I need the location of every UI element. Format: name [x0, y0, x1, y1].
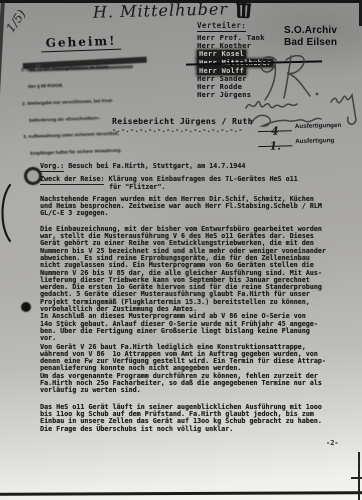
distribution-name-highlighted: Herr Kosel	[197, 50, 246, 58]
scan-edge-left	[0, 0, 5, 116]
subject-text: Besuch bei Fa.Hirth, Stuttgart, am 14.7.…	[64, 162, 245, 170]
distribution-name-highlighted: Herr Wolff	[197, 67, 246, 75]
copies-count-row: 4 Ausfertigungen	[258, 118, 342, 132]
archive-stamp-line1: S.O.Archiv	[284, 25, 337, 37]
geheim-stamp-title: Geheim!	[40, 34, 121, 53]
stamp-line: Empfänger haftet für sichere Verwahrung.	[24, 147, 146, 157]
handwritten-copy-number: 1.	[269, 139, 281, 152]
page-number: -2-	[326, 439, 339, 447]
purpose-label: Zweck der Reise:	[40, 175, 104, 185]
stamp-line: des § 88 RStGB.	[21, 80, 143, 90]
copy-number-label: Ausfertigung	[295, 137, 334, 146]
distribution-name: Herr Prof. Tank	[197, 34, 273, 42]
initial-stroke	[261, 57, 276, 100]
handwritten-corner-note: 1/5)	[3, 7, 28, 35]
handwritten-name: H. Mittelhuber	[93, 0, 228, 22]
copy-number-row: 1. Ausfertigung	[258, 133, 342, 147]
purpose-line: Zweck der Reise: Klärung von Einbaufrage…	[40, 176, 358, 183]
word-scribble	[246, 102, 297, 108]
geheim-stamp: Geheim! 1. Dies ist ein Staatsgeheimnis …	[20, 29, 147, 168]
subject-label: Vorg.:	[40, 162, 64, 172]
copies-count-label: Ausfertigungen	[295, 122, 342, 131]
report-title-underline-row: -.-.-.-.-.-.-.-.-.-.-.-.-.-.-	[112, 126, 243, 134]
punch-hole-filled	[21, 302, 31, 312]
initial-dot	[316, 93, 319, 96]
subject-line: Vorg.: Besuch bei Fa.Hirth, Stuttgart, a…	[40, 163, 358, 170]
report-body: Vorg.: Besuch bei Fa.Hirth, Stuttgart, a…	[40, 163, 358, 433]
copies-count-slot: 4	[258, 119, 292, 132]
stamp-line: 2. Weitergabe nur verschlossen, bei Post…	[22, 97, 144, 107]
scan-tick-mark	[351, 477, 362, 479]
scanned-document-page: H. Mittelhuber 1/5) Geheim! 1. Dies ist …	[0, 0, 362, 500]
initial-stroke	[284, 56, 291, 98]
copies-block: 4 Ausfertigungen 1. Ausfertigung	[258, 118, 342, 150]
paragraph-3: Von Gerät V 26 baut Fa.Hirth lediglich e…	[40, 344, 358, 395]
punch-hole-ring	[24, 167, 42, 185]
paragraph-2: Die Einbauzeichnung, mit der bisher vom …	[40, 226, 358, 343]
scan-edge-bottom	[0, 491, 362, 496]
margin-bracket-mark	[0, 183, 12, 247]
report-title: Reisebericht Jürgens / Ruth	[112, 117, 253, 126]
scan-edge-right-bottom	[358, 452, 360, 500]
copy-number-slot: 1.	[258, 134, 292, 147]
archive-stamp: S.O.Archiv Bad Eilsen	[284, 25, 337, 48]
distribution-title: Verteiler:	[197, 21, 246, 32]
report-title-underline: -.-.-.-.-.-.-.-.-.-.-.-.-.-.-	[112, 126, 243, 134]
paragraph-1: Nachstehende Fragen wurden mit den Herre…	[40, 196, 358, 218]
paragraph-4: Das HeS o11 Gerät läuft in seiner augenb…	[40, 404, 358, 433]
